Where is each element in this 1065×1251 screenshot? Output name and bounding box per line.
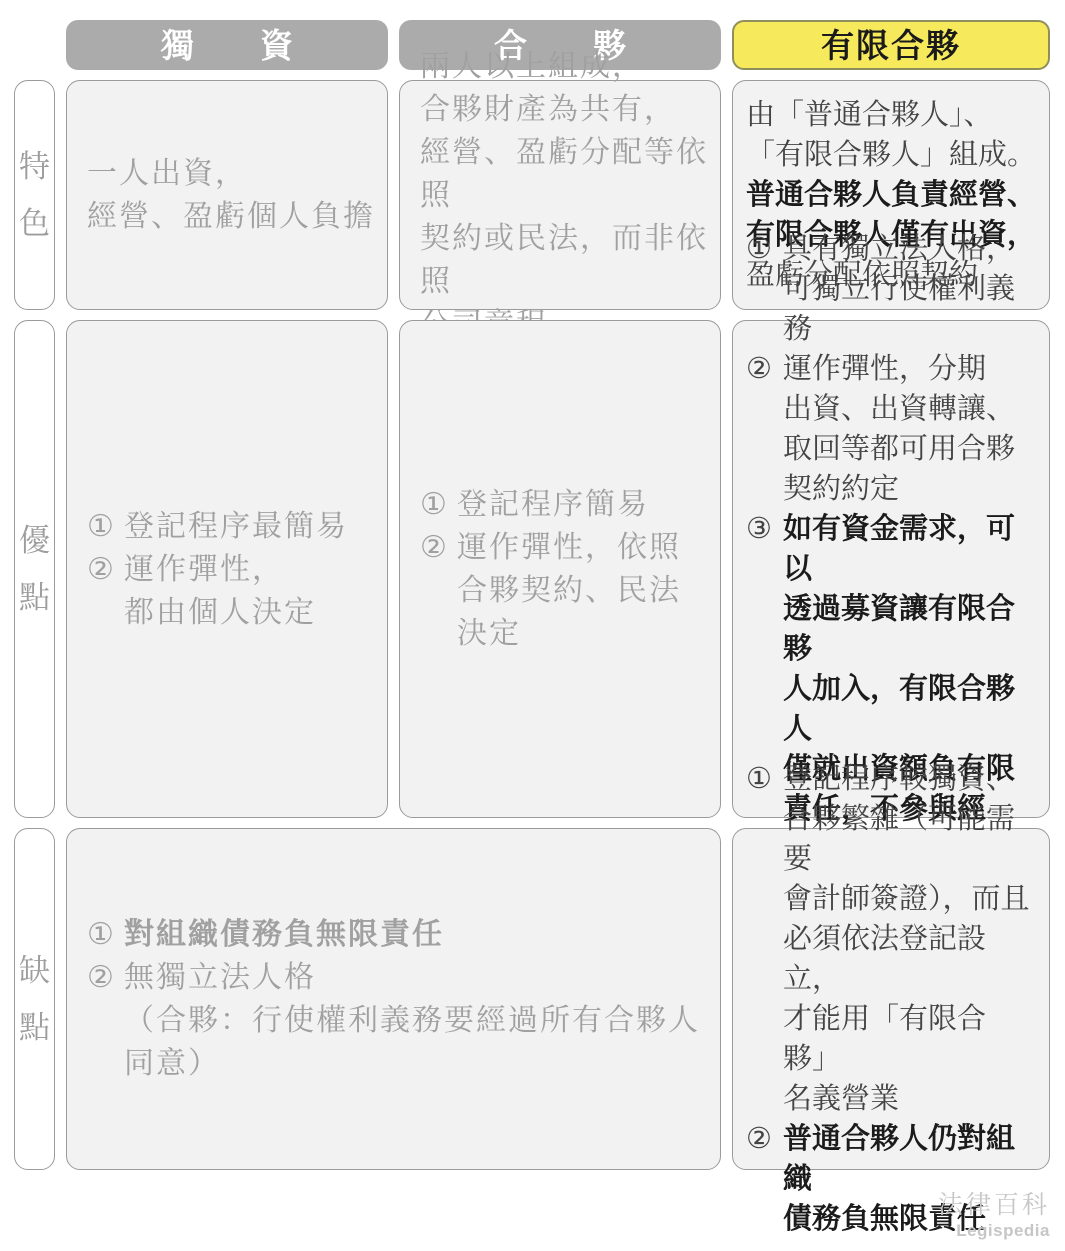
item-text-bold: 對組織債務負無限責任 — [124, 913, 708, 956]
list-item: ② 運作彈性，依照 合夥契約、民法決定 — [420, 526, 708, 655]
list-item: ② 運作彈性， 都由個人決定 — [87, 548, 375, 634]
list-item: ② 運作彈性，分期 出資、出資轉讓、 取回等都可用合夥 契約約定 — [746, 349, 1043, 509]
row-label-char: 點 — [19, 582, 50, 613]
item-number: ① — [746, 229, 783, 269]
cell-cons-limited: ① 登記程序較獨資、 合夥繁雜（可能需要 會計師簽證），而且 必須依法登記設立，… — [732, 828, 1050, 1170]
row-label-char: 色 — [19, 208, 50, 239]
list-item: ① 登記程序較獨資、 合夥繁雜（可能需要 會計師簽證），而且 必須依法登記設立，… — [746, 759, 1043, 1119]
list-item: ① 具有獨立法人格， 可獨立行使權利義務 — [746, 229, 1043, 349]
cell-text: 由「普通合夥人」、 「有限合夥人」組成。 — [746, 95, 1043, 175]
item-number: ② — [87, 956, 124, 999]
item-text: 無獨立法人格 （合夥：行使權利義務要經過所有合夥人同意） — [124, 956, 708, 1085]
cell-text: 兩人以上組成， 合夥財產為共有， 經營、盈虧分配等依照 契約或民法，而非依照 公… — [420, 45, 708, 346]
cell-text: 一人出資， 經營、盈虧個人負擔 — [87, 152, 375, 238]
column-header-sole-proprietorship: 獨 資 — [66, 20, 388, 70]
item-text: 登記程序較獨資、 合夥繁雜（可能需要 會計師簽證），而且 必須依法登記設立， 才… — [783, 759, 1043, 1119]
cell-pros-partnership: ① 登記程序簡易 ② 運作彈性，依照 合夥契約、民法決定 — [399, 320, 721, 818]
item-text: 登記程序最簡易 — [124, 505, 375, 548]
column-header-limited-partnership: 有限合夥 — [732, 20, 1050, 70]
row-label-char: 特 — [19, 151, 50, 182]
brand-name-english: Legispedia — [938, 1221, 1050, 1241]
cell-features-sole: 一人出資， 經營、盈虧個人負擔 — [66, 80, 388, 310]
item-number: ① — [746, 759, 783, 799]
column-header-label: 獨 資 — [161, 29, 293, 62]
item-text: 運作彈性，分期 出資、出資轉讓、 取回等都可用合夥 契約約定 — [783, 349, 1043, 509]
list-item: ② 無獨立法人格 （合夥：行使權利義務要經過所有合夥人同意） — [87, 956, 708, 1085]
row-label-char: 點 — [19, 1012, 50, 1043]
list-item: ① 對組織債務負無限責任 — [87, 913, 708, 956]
item-text: 運作彈性， 都由個人決定 — [124, 548, 375, 634]
item-text: 運作彈性，依照 合夥契約、民法決定 — [457, 526, 708, 655]
item-number: ③ — [746, 509, 783, 549]
item-number: ② — [746, 1119, 783, 1159]
item-text: 具有獨立法人格， 可獨立行使權利義務 — [783, 229, 1043, 349]
row-label-char: 優 — [19, 525, 50, 556]
item-text: 登記程序簡易 — [457, 483, 708, 526]
brand-name: 法律百科 — [938, 1190, 1050, 1220]
column-header-label: 有限合夥 — [821, 29, 961, 62]
item-number: ① — [87, 505, 124, 548]
brand-footer: 法律百科 Legispedia — [938, 1190, 1050, 1241]
item-number: ② — [87, 548, 124, 591]
cell-pros-limited: ① 具有獨立法人格， 可獨立行使權利義務 ② 運作彈性，分期 出資、出資轉讓、 … — [732, 320, 1050, 818]
list-item: ① 登記程序最簡易 — [87, 505, 375, 548]
comparison-table: 獨 資 合 夥 有限合夥 特 色 一人出資， 經營、盈虧個人負擔 兩人以上組成，… — [14, 20, 1050, 1170]
row-label-char: 缺 — [19, 955, 50, 986]
cell-pros-sole: ① 登記程序最簡易 ② 運作彈性， 都由個人決定 — [66, 320, 388, 818]
row-label-features: 特 色 — [14, 80, 55, 310]
row-label-cons: 缺 點 — [14, 828, 55, 1170]
row-label-pros: 優 點 — [14, 320, 55, 818]
item-number: ① — [87, 913, 124, 956]
item-number: ② — [420, 526, 457, 569]
cell-features-partnership: 兩人以上組成， 合夥財產為共有， 經營、盈虧分配等依照 契約或民法，而非依照 公… — [399, 80, 721, 310]
list-item: ① 登記程序簡易 — [420, 483, 708, 526]
item-number: ① — [420, 483, 457, 526]
cell-cons-sole-and-partnership: ① 對組織債務負無限責任 ② 無獨立法人格 （合夥：行使權利義務要經過所有合夥人… — [66, 828, 721, 1170]
item-number: ② — [746, 349, 783, 389]
